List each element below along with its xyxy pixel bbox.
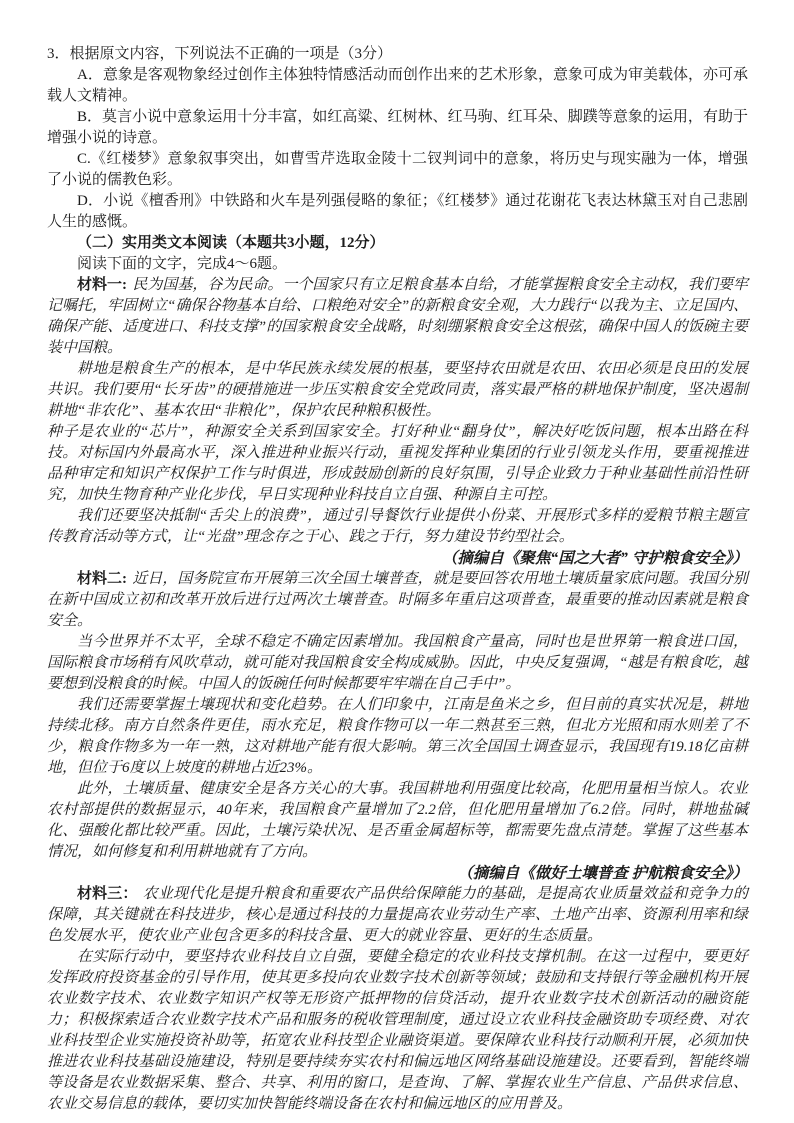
question-3-option-b: B．莫言小说中意象运用十分丰富，如红高粱、红树林、红马驹、红耳朵、脚蹼等意象的运… [47,107,748,149]
material-3-paragraph-1: 材料三：农业现代化是提升粮食和重要农产品供给保障能力的基础，是提高农业质量效益和… [47,884,748,947]
material-1-paragraph-4: 我们还要坚决抵制“舌尖上的浪费”，通过引导餐饮行业提供小份菜、开展形式多样的爱粮… [47,506,748,548]
material-2-paragraph-4: 此外，土壤质量、健康安全是各方关心的大事。我国耕地利用强度比较高，化肥用量相当惊… [47,779,748,863]
question-3-option-d: D．小说《檀香刑》中铁路和火车是列强侵略的象征；《红楼梦》通过花谢花飞表达林黛玉… [47,191,748,233]
material-1-paragraph-2: 耕地是粮食生产的根本，是中华民族永续发展的根基，要坚持农田就是农田、农田必须是良… [47,359,748,422]
material-2-paragraph-3: 我们还需要掌握土壤现状和变化趋势。在人们印象中，江南是鱼米之乡，但目前的真实状况… [47,695,748,779]
material-1-label: 材料一: [77,277,127,293]
question-3-option-a: A．意象是客观物象经过创作主体独特情感活动而创作出来的艺术形象，意象可成为审美载… [47,65,748,107]
material-2-paragraph-2: 当今世界并不太平，全球不稳定不确定因素增加。我国粮食产量高，同时也是世界第一粮食… [47,632,748,695]
material-1-paragraph-1: 材料一:民为国基，谷为民命。一个国家只有立足粮食基本自给，才能掌握粮食安全主动权… [47,275,748,359]
material-1-attribution: （摘编自《聚焦“国之大者” 守护粮食安全》） [47,548,748,569]
exam-page: 3．根据原文内容，下列说法不正确的一项是（3分） A．意象是客观物象经过创作主体… [0,0,794,1123]
material-1-paragraph-3: 种子是农业的“芯片”，种源安全关系到国家安全。打好种业“翻身仗”，解决好吃饭问题… [47,422,748,506]
material-2-attribution: （摘编自《做好土壤普查 护航粮食安全》） [47,863,748,884]
section-2-heading: （二）实用类文本阅读（本题共3小题，12分） [47,233,748,254]
question-3-stem: 3．根据原文内容，下列说法不正确的一项是（3分） [47,44,748,65]
material-3-paragraph-2: 在实际行动中，要坚持农业科技自立自强，要健全稳定的农业科技支撑机制。在这一过程中… [47,947,748,1115]
section-2-instruction: 阅读下面的文字，完成4～6题。 [47,254,748,275]
material-2-paragraph-1-text: 近日，国务院宣布开展第三次全国土壤普查，就是要回答农用地土壤质量家底问题。我国分… [47,571,748,629]
material-2-paragraph-1: 材料二:近日，国务院宣布开展第三次全国土壤普查，就是要回答农用地土壤质量家底问题… [47,569,748,632]
material-2-label: 材料二: [77,571,127,587]
material-3-label: 材料三： [77,886,138,902]
material-3-paragraph-1-text: 农业现代化是提升粮食和重要农产品供给保障能力的基础，是提高农业质量效益和竞争力的… [47,886,748,944]
material-1-paragraph-1-text: 民为国基，谷为民命。一个国家只有立足粮食基本自给，才能掌握粮食安全主动权，我们要… [47,277,748,356]
question-3-option-c: C.《红楼梦》意象叙事突出，如曹雪芹选取金陵十二钗判词中的意象，将历史与现实融为… [47,149,748,191]
